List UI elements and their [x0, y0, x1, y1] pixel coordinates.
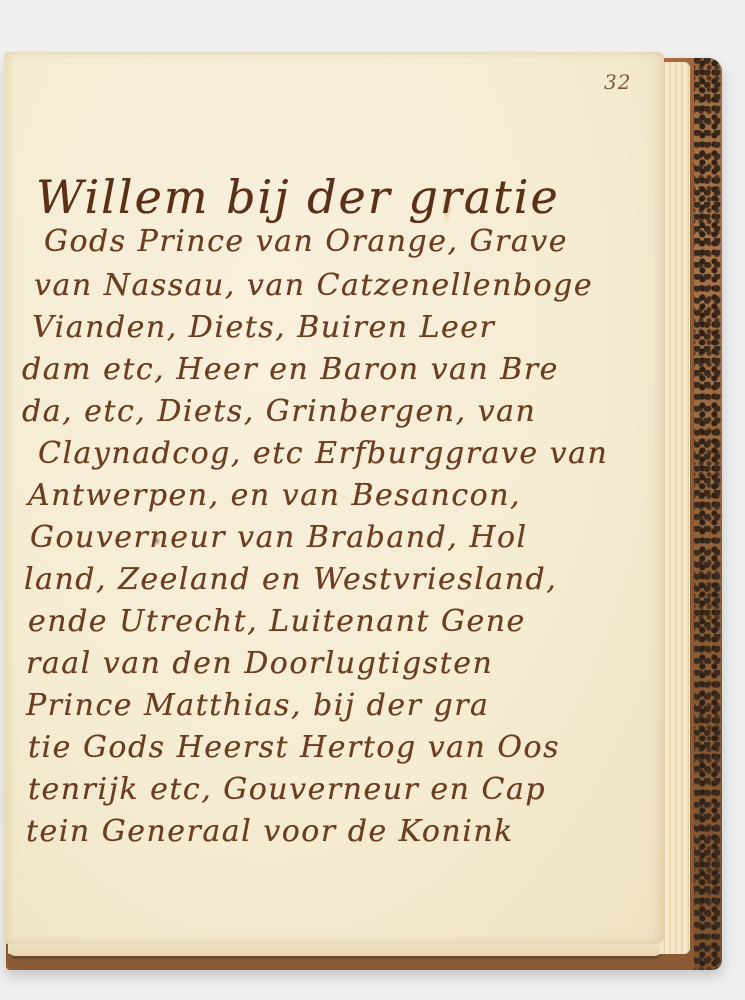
- text-line: Claynadcog, etc Erfburggrave van: [38, 436, 608, 471]
- text-line: tenrijk etc, Gouverneur en Cap: [28, 772, 546, 807]
- marbled-cover-edge: [694, 58, 722, 970]
- page-number: 32: [604, 70, 631, 94]
- text-line: dam etc, Heer en Baron van Bre: [22, 352, 559, 387]
- text-line: Vianden, Diets, Buiren Leer: [32, 310, 495, 345]
- text-line: tein Generaal voor de Konink: [26, 814, 514, 849]
- text-line: Gods Prince van Orange, Grave: [44, 224, 568, 259]
- text-line: Prince Matthias, bij der gra: [26, 688, 489, 723]
- text-line: da, etc, Diets, Grinbergen, van: [22, 394, 536, 429]
- text-line: van Nassau, van Catzenellenboge: [34, 268, 593, 303]
- text-line: ende Utrecht, Luitenant Gene: [28, 604, 526, 639]
- text-line: Willem bij der gratie: [36, 170, 560, 224]
- text-line: tie Gods Heerst Hertog van Oos: [28, 730, 560, 765]
- text-line: raal van den Doorlugtigsten: [26, 646, 493, 681]
- text-line: land, Zeeland en Westvriesland,: [24, 562, 557, 597]
- photograph-scene: 32 Willem bij der gratie Gods Prince van…: [0, 0, 745, 1000]
- text-line: Antwerpen, en van Besancon,: [28, 478, 521, 513]
- text-line: Gouverneur van Braband, Hol: [30, 520, 528, 555]
